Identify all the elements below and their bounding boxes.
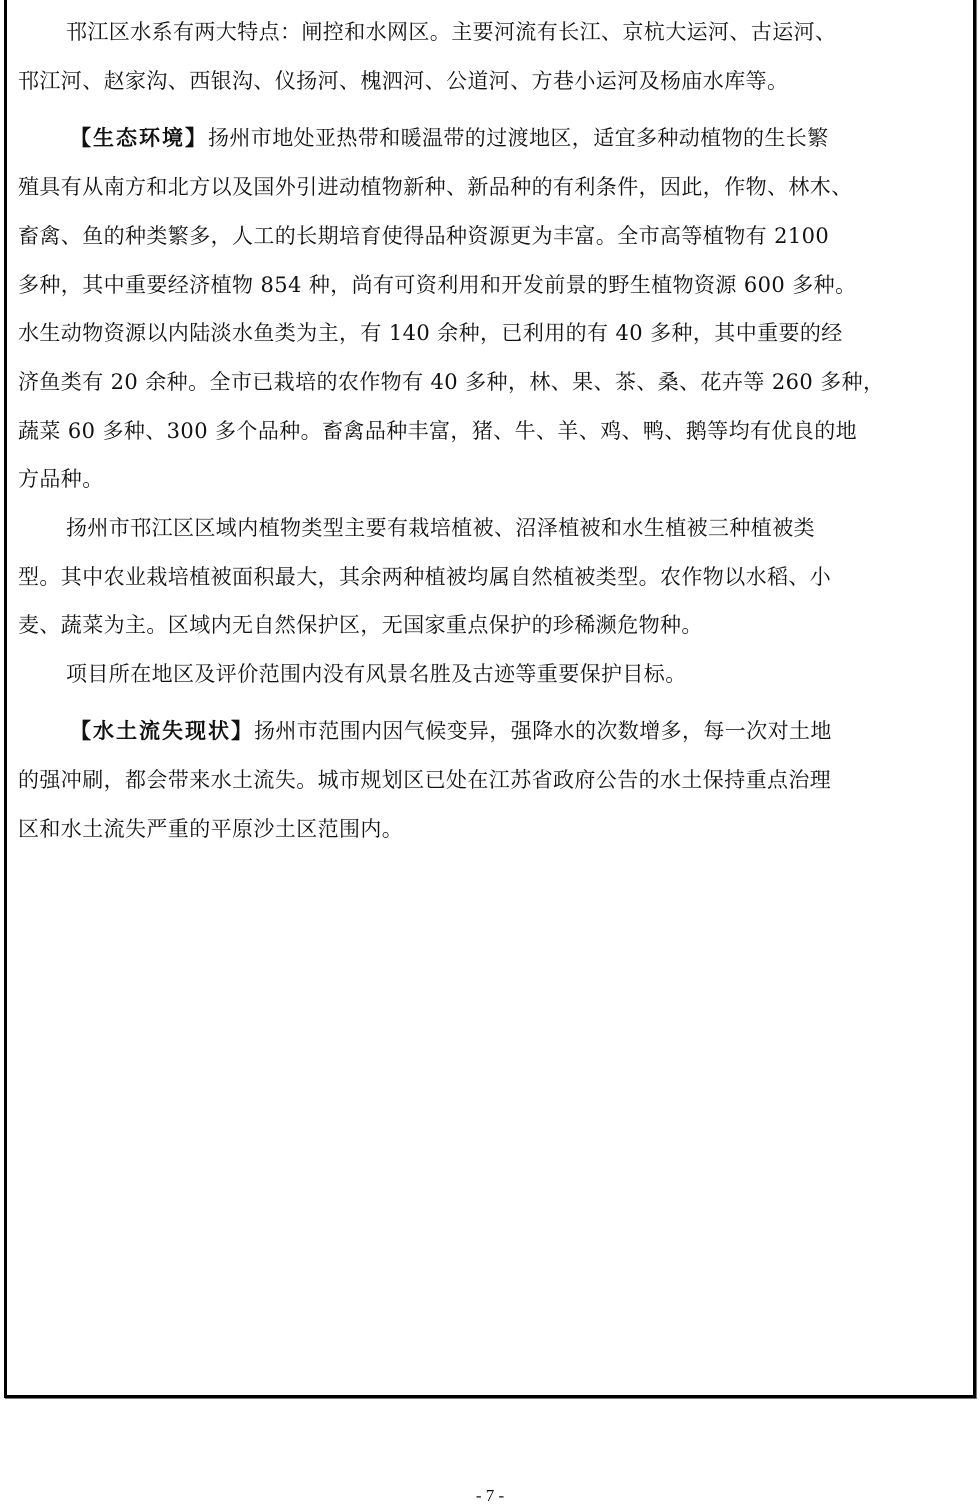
ecology-line-1: 【生态环境】扬州市地处亚热带和暖温带的过渡地区，适宜多种动植物的生长繁 (70, 126, 829, 150)
vegetation-line-2: 型。其中农业栽培植被面积最大，其余两种植被均属自然植被类型。农作物以水稻、小 (18, 565, 831, 589)
ecology-line-8: 方品种。 (18, 467, 104, 491)
ecology-line-7: 蔬菜 60 多种、300 多个品种。畜禽品种丰富，猪、牛、羊、鸡、鸭、鹅等均有优… (18, 419, 857, 443)
ecology-line-2: 殖具有从南方和北方以及国外引进动植物新种、新品种的有利条件，因此，作物、林木、 (18, 175, 853, 199)
ecology-line-6: 济鱼类有 20 余种。全市已栽培的农作物有 40 多种，林、果、茶、桑、花卉等 … (18, 370, 884, 394)
ecology-heading: 【生态环境】 (70, 126, 208, 150)
protection-targets-line: 项目所在地区及评价范围内没有风景名胜及古迹等重要保护目标。 (66, 662, 687, 686)
ecology-text: 扬州市地处亚热带和暖温带的过渡地区，适宜多种动植物的生长繁 (208, 126, 829, 150)
soil-erosion-line-1: 【水土流失现状】扬州市范围内因气候变异，强降水的次数增多，每一次对土地 (70, 719, 832, 743)
vegetation-line-3: 麦、蔬菜为主。区域内无自然保护区，无国家重点保护的珍稀濒危物种。 (18, 613, 703, 637)
vegetation-line-1: 扬州市邗江区区域内植物类型主要有栽培植被、沼泽植被和水生植被三种植被类 (66, 516, 815, 540)
soil-erosion-line-2: 的强冲刷，都会带来水土流失。城市规划区已处在江苏省政府公告的水土保持重点治理 (18, 768, 831, 792)
ecology-line-3: 畜禽、鱼的种类繁多，人工的长期培育使得品种资源更为丰富。全市高等植物有 2100 (18, 224, 829, 248)
soil-erosion-heading: 【水土流失现状】 (70, 719, 254, 743)
water-system-line-2: 邗江河、赵家沟、西银沟、仪扬河、槐泗河、公道河、方巷小运河及杨庙水库等。 (18, 69, 788, 93)
water-system-line-1: 邗江区水系有两大特点：闸控和水网区。主要河流有长江、京杭大运河、古运河、 (66, 20, 836, 44)
ecology-line-5: 水生动物资源以内陆淡水鱼类为主，有 140 余种，已利用的有 40 多种，其中重… (18, 321, 843, 345)
soil-erosion-text: 扬州市范围内因气候变异，强降水的次数增多，每一次对土地 (254, 719, 832, 743)
content-frame (4, 0, 976, 1398)
page-number: - 7 - (0, 1486, 980, 1506)
soil-erosion-line-3: 区和水土流失严重的平原沙土区范围内。 (18, 817, 403, 841)
ecology-line-4: 多种，其中重要经济植物 854 种，尚有可资利用和开发前景的野生植物资源 600… (18, 273, 856, 297)
